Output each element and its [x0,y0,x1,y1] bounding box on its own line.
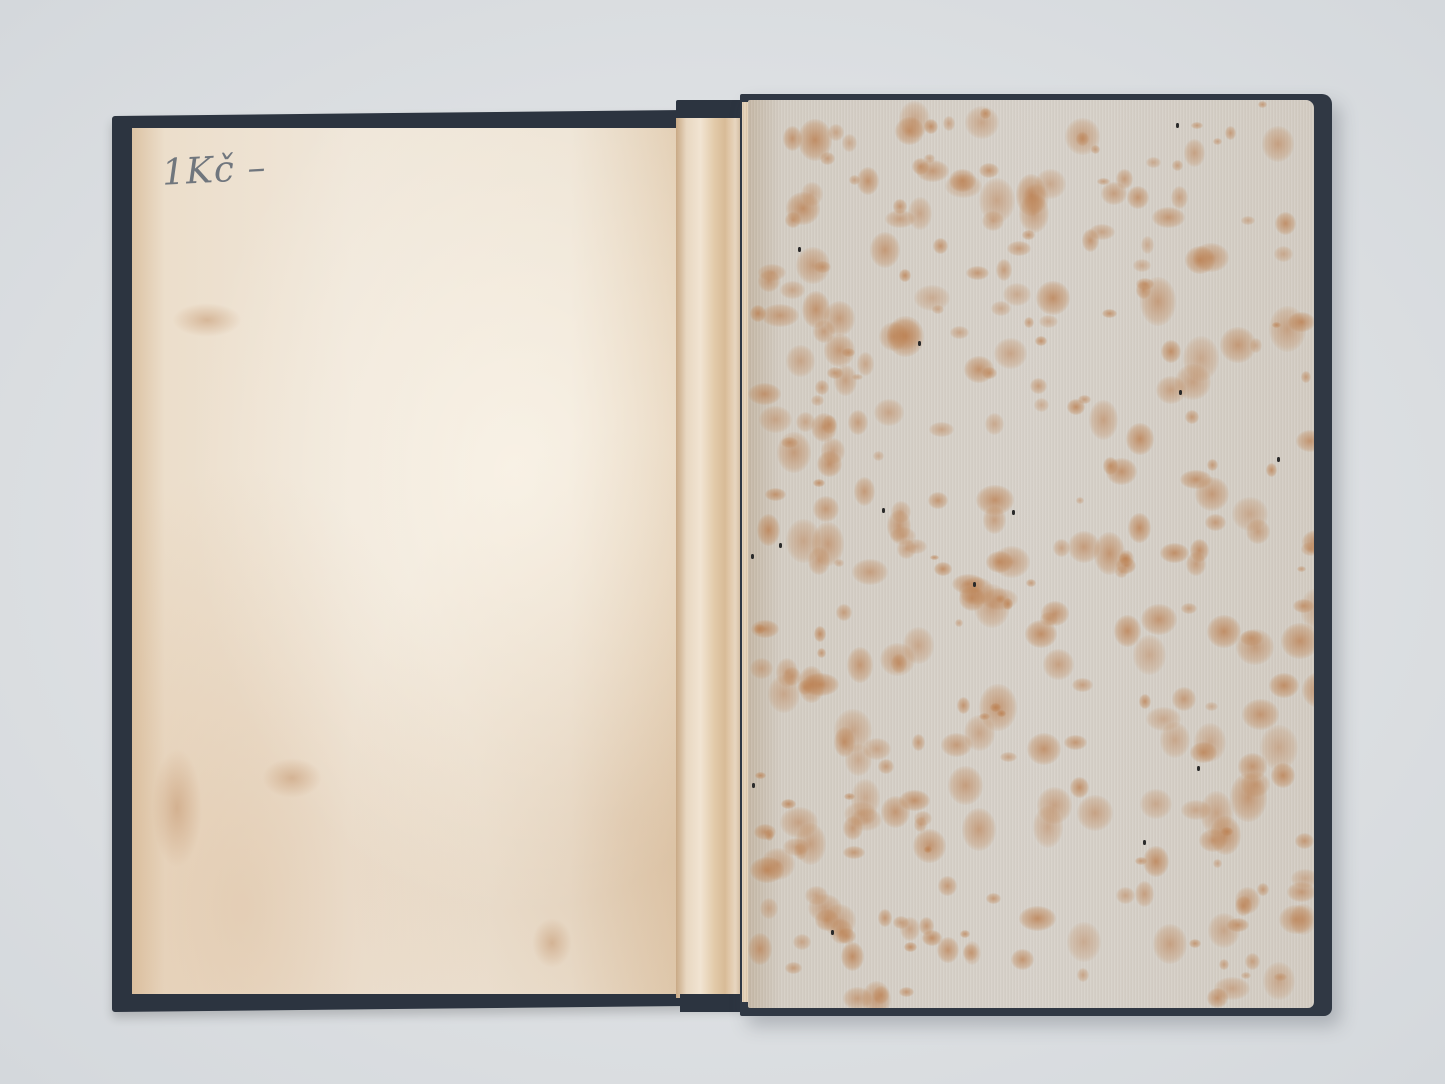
foxing-spot [1141,604,1177,635]
foxing-spot [938,876,956,895]
foxing-spot [991,301,1011,316]
stain [152,748,202,868]
foxing-spot [1116,887,1135,904]
foxing-spot [849,175,860,185]
foxing-spot [1205,514,1225,531]
foxing-spot [863,738,891,760]
foxing-spot [755,772,766,780]
foxing-spot [1000,752,1017,762]
foxing-spot [1135,881,1155,907]
foxing-spot [1185,246,1215,274]
foxing-spot [1295,833,1314,849]
foxing-spot [1139,694,1152,709]
foxing-spot [844,793,855,800]
foxing-spot [1024,317,1033,328]
foxing-spot [1241,972,1251,979]
foxing-spot [1172,687,1196,711]
foxing-spot [1076,497,1084,504]
foxing-spot [1077,968,1089,982]
foxing-spot [960,930,971,938]
foxing-spot [781,437,798,448]
ink-fleck [752,783,755,788]
foxing-spot [1141,236,1154,253]
foxing-spot [1205,702,1218,711]
foxing-spot [1275,212,1297,235]
foxing-spot [1007,241,1031,257]
foxing-spot [1263,962,1295,1000]
left-pastedown-page [132,128,680,994]
foxing-spot [834,559,844,567]
foxing-spot [1070,777,1089,798]
foxing-spot [1036,281,1070,315]
foxing-spot [1022,230,1034,239]
foxing-spot [851,808,882,830]
foxing-spot [834,365,857,397]
foxing-spot [1119,553,1130,564]
foxing-spot [887,510,911,542]
foxing-spot [1207,459,1219,472]
foxing-spot [1281,623,1314,659]
foxing-spot [1133,259,1151,271]
foxing-spot [1262,126,1295,162]
foxing-spot [891,654,907,673]
foxing-spot [1033,806,1064,849]
foxing-spot [1161,340,1181,363]
foxing-spot [913,829,945,863]
foxing-spot [815,380,829,395]
foxing-spot [796,412,815,433]
foxing-spot [962,808,996,851]
foxing-spot [879,322,907,351]
foxing-spot [1225,126,1237,140]
ink-fleck [1277,457,1280,462]
foxing-spot [848,410,868,435]
foxing-spot [834,727,855,757]
foxing-spot [965,106,999,138]
foxing-spot [929,422,954,437]
foxing-spot [964,715,995,751]
foxing-spot [1241,216,1254,225]
foxing-spot [1126,423,1155,455]
handwritten-price-note: 1Kč – [161,147,267,193]
foxing-spot [1019,906,1056,931]
ink-fleck [1176,123,1179,128]
foxing-spot [903,627,935,664]
foxing-spot [1077,795,1113,831]
foxing-spot [761,848,795,880]
foxing-spot [1257,883,1269,897]
foxing-spot [870,232,900,268]
foxing-spot [928,492,948,509]
foxing-spot [854,477,875,506]
foxing-spot [986,893,1001,905]
foxing-spot [996,259,1012,281]
ink-fleck [798,247,801,252]
foxing-spot [1279,905,1313,935]
foxing-spot [985,413,1004,435]
foxing-spot [1034,398,1050,412]
foxing-spot [1102,309,1117,318]
foxing-spot [821,438,845,463]
foxing-spot [852,559,888,585]
foxing-spot [1301,542,1314,556]
foxing-spot [754,824,776,840]
foxing-spot [1064,735,1087,749]
foxing-spot [814,261,831,273]
foxing-spot [943,116,955,131]
foxing-spot [1220,327,1255,363]
foxing-spot [1258,101,1267,108]
ink-fleck [1143,840,1146,845]
foxing-spot [1140,789,1172,819]
foxing-spot [922,930,942,946]
foxing-spot [1106,458,1137,485]
foxing-spot [1245,953,1260,969]
foxing-spot [808,894,842,922]
foxing-spot [1039,315,1058,328]
foxing-spot [748,933,772,965]
ink-fleck [882,508,885,513]
foxing-spot [912,734,925,751]
foxing-spot [776,658,798,687]
foxing-spot [963,944,978,961]
foxing-spot [1140,277,1176,326]
foxing-spot [1067,922,1100,962]
foxing-spot [1266,463,1277,476]
foxing-spot [1191,122,1203,129]
ink-fleck [751,554,754,559]
foxing-spot [1207,615,1241,648]
ink-fleck [1012,510,1015,515]
foxing-spot [857,352,875,375]
foxing-spot [1026,579,1036,587]
foxing-spot [874,399,904,427]
foxing-spot [1260,725,1298,770]
foxing-spot [948,766,983,805]
foxing-spot [811,395,823,406]
foxing-spot [798,680,812,694]
foxing-spot [899,101,930,138]
stain [172,303,242,337]
ink-fleck [918,341,921,346]
foxing-spot [893,199,907,214]
foxing-spot [881,796,910,828]
foxing-spot [1172,160,1183,171]
foxing-spot [930,555,938,561]
foxing-spot [1143,846,1169,877]
foxing-spot [1297,566,1306,572]
foxing-spot [842,134,857,153]
foxing-spot [964,356,994,384]
foxing-spot [1235,896,1252,917]
foxing-spot [878,909,892,926]
foxing-spot [1043,649,1073,680]
foxing-spot [1302,672,1314,709]
foxing-spot [759,406,792,433]
foxing-spot [899,269,911,281]
foxing-spot [1189,939,1201,948]
foxing-spot [1089,224,1115,240]
foxing-spot [878,759,894,773]
foxing-spot [786,519,821,563]
foxing-spot [1184,139,1206,167]
foxing-spot [1128,513,1151,543]
foxing-spot [761,304,799,327]
foxing-spot [1241,772,1270,797]
foxing-spot [783,126,801,151]
foxing-spot [933,238,948,254]
foxing-spot [957,697,970,714]
foxing-spot [1213,138,1222,145]
foxing-spot [1127,186,1149,209]
foxing-spot [841,942,864,971]
foxing-spot [979,163,999,178]
foxing-spot [908,197,932,230]
foxing-spot [1171,186,1188,209]
foxing-spot [982,211,1004,231]
foxing-spot [750,305,766,322]
foxing-spot [765,488,786,501]
foxing-spot [1030,378,1046,394]
foxing-spot [1287,882,1314,902]
foxing-spot [1146,157,1161,169]
foxing-spot [1246,519,1270,544]
foxing-spot [976,485,1014,514]
foxing-spot [934,562,953,576]
foxing-spot [758,270,780,291]
foxing-spot [1301,371,1311,383]
foxing-spot [1146,707,1181,732]
foxing-spot [994,338,1027,370]
foxing-spot [1236,629,1274,665]
foxing-spot [1274,246,1293,262]
foxing-spot [1067,399,1085,416]
foxing-spot [820,152,835,165]
foxing-spot [1011,949,1034,970]
foxing-spot [1089,400,1118,440]
foxing-spot [1194,723,1226,762]
foxing-spot [904,942,917,952]
foxing-spot [1160,543,1189,563]
ink-fleck [1197,766,1200,771]
foxing-spot [786,345,815,376]
foxing-spot [1269,673,1299,698]
ink-fleck [831,930,834,935]
right-flyleaf-page [748,100,1314,1008]
foxing-spot [1101,182,1127,205]
foxing-spot [1219,959,1229,970]
foxing-spot [1190,539,1209,562]
foxing-spot [966,266,989,281]
foxing-spot [1210,816,1241,855]
foxing-spot [781,799,797,810]
ink-fleck [779,543,782,548]
book-hinge-gutter [676,118,746,998]
foxing-spot [801,182,823,206]
foxing-spot [813,479,825,488]
stain [262,758,322,798]
foxing-spot [814,626,826,642]
foxing-spot [847,647,873,682]
book-photo: 1Kč – [0,0,1445,1084]
foxing-spot [1288,312,1314,332]
foxing-spot [1035,336,1047,346]
foxing-spot [1065,118,1099,154]
foxing-spot [1072,678,1093,692]
foxing-spot [824,334,855,367]
foxing-spot [780,281,805,300]
foxing-spot [1025,620,1057,648]
foxing-spot [785,962,803,973]
foxing-spot [945,174,981,198]
foxing-spot [1185,410,1199,424]
foxing-spot [757,514,780,546]
foxing-spot [793,934,812,950]
foxing-spot [899,987,914,997]
foxing-spot [932,305,945,314]
foxing-spot [836,604,851,621]
foxing-spot [750,658,773,680]
foxing-spot [1296,430,1314,451]
foxing-spot [795,823,826,865]
ink-fleck [973,582,976,587]
foxing-spot [1181,603,1197,614]
foxing-spot [950,326,969,340]
foxing-spot [813,496,839,522]
foxing-spot [748,383,781,405]
foxing-spot [760,898,778,919]
foxing-spot [1016,174,1046,215]
foxing-spot [1181,800,1211,821]
foxing-spot [897,539,916,559]
foxing-spot [857,167,879,195]
foxing-spot [1213,859,1222,868]
foxing-spot [1114,615,1140,647]
foxing-spot [1208,913,1240,948]
foxing-spot [1152,207,1184,228]
foxing-spot [1027,733,1062,765]
foxing-spot [1135,857,1146,865]
foxing-spot [862,981,891,1008]
stain [532,918,572,968]
foxing-spot [843,846,865,860]
foxing-spot [1207,988,1228,1008]
foxing-spot [1153,924,1188,963]
foxing-spot [817,648,826,657]
foxing-spot [873,451,884,461]
foxing-spot [955,619,963,627]
